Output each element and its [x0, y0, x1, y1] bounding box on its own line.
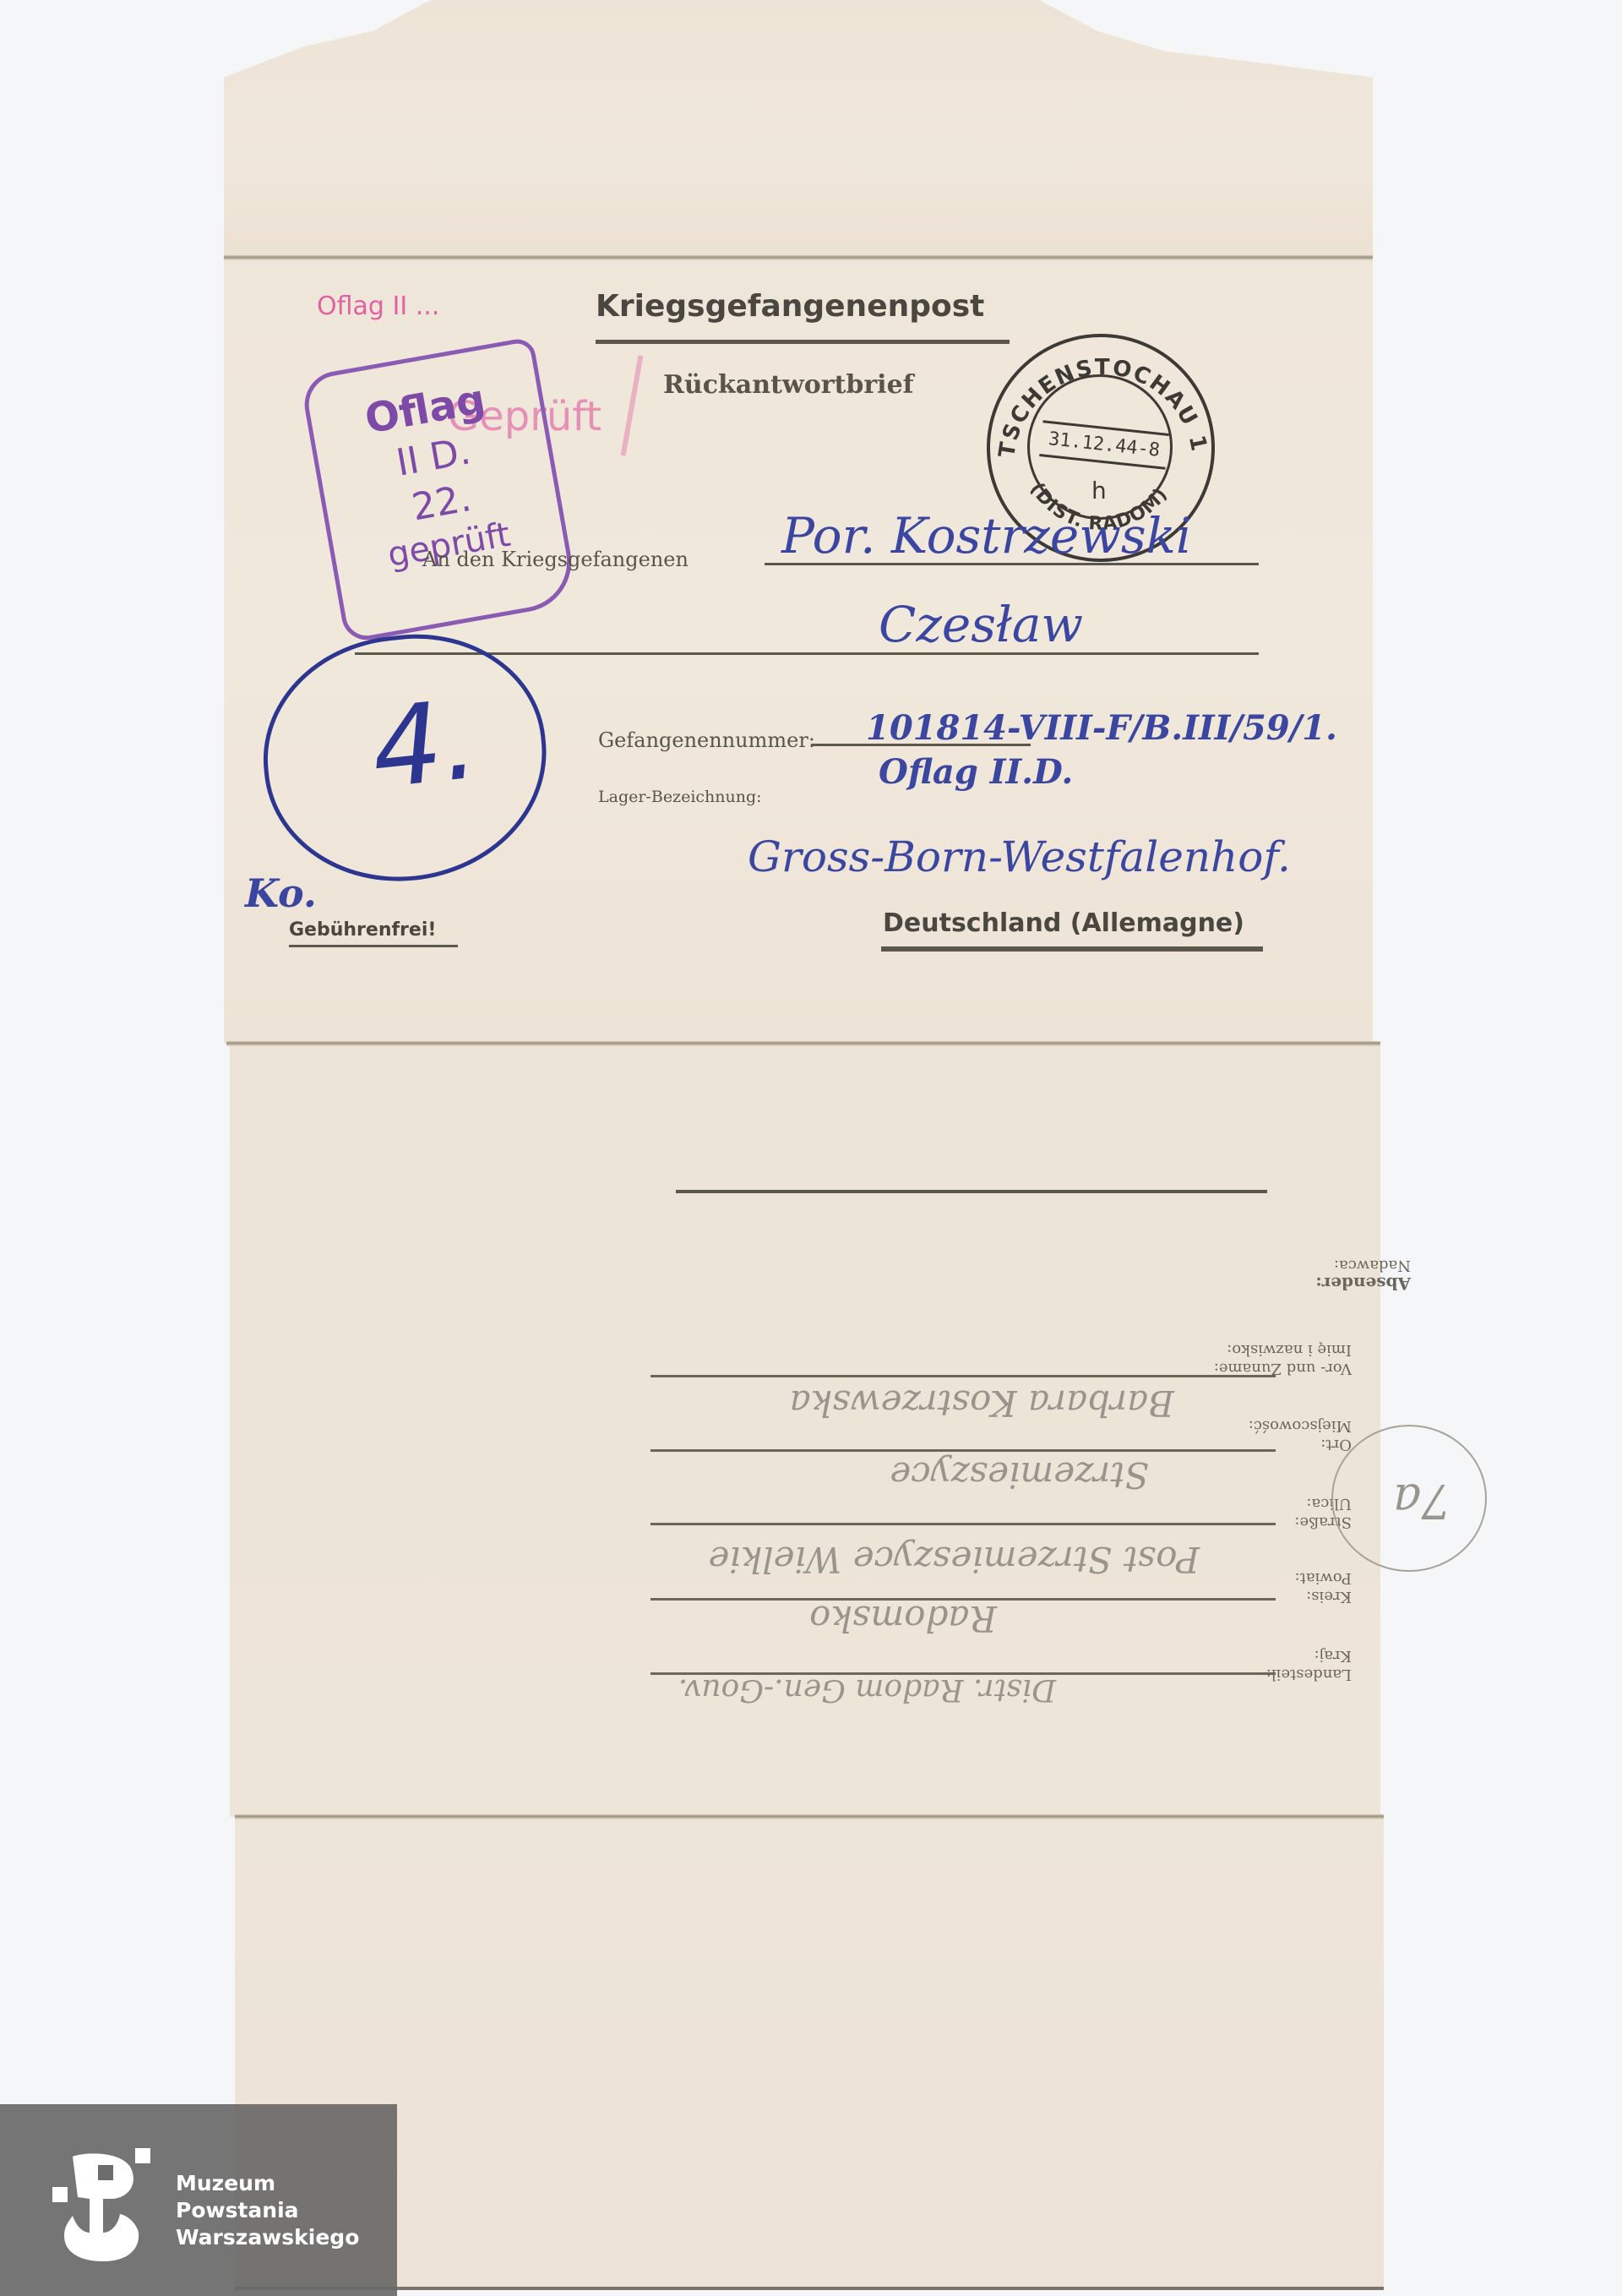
- museum-logo: Muzeum Powstania Warszawskiego: [0, 2104, 397, 2296]
- sender-place-label: Ort: Miejscowość:: [1249, 1416, 1352, 1453]
- fold-line: [226, 1041, 1380, 1046]
- camp-label: Lager-Bezeichnung:: [598, 788, 762, 806]
- fold-line: [224, 255, 1373, 260]
- sender-province-value: Distr. Radom Gen.-Gouv.: [678, 1672, 1056, 1707]
- bottom-panel: [235, 1817, 1384, 2290]
- form-title: Kriegsgefangenenpost: [596, 289, 984, 324]
- sender-street-value: Post Strzemieszyce Wielkie: [709, 1539, 1200, 1580]
- bottom-edge: [235, 2287, 1384, 2290]
- sender-form-upside-down: Absender: Nadawca: Vor- und Zuname: Imię…: [380, 1048, 1394, 1622]
- title-underline: [596, 340, 1010, 344]
- sender-place-value: Strzemieszyce: [890, 1454, 1149, 1496]
- sender-street-line: [650, 1523, 1276, 1525]
- fee-underline: [289, 945, 458, 947]
- circled-note-text: 7a: [1393, 1473, 1451, 1528]
- flap-edge-line: [676, 1190, 1267, 1193]
- sender-district-label: Kreis: Powiat:: [1295, 1568, 1352, 1606]
- prisoner-number-value: 101814-VIII-F/B.III/59/1.: [866, 708, 1337, 748]
- censor-stamp-violet: Oflag II D. 22. geprüft: [299, 336, 579, 644]
- country-label: Deutschland (Allemagne): [883, 908, 1244, 938]
- fee-note: Gebührenfrei!: [289, 919, 436, 941]
- sender-place-line: [650, 1449, 1276, 1452]
- camp-value-2: Gross-Born-Westfalenhof.: [748, 832, 1291, 881]
- form-subtitle: Rückantwortbrief: [663, 370, 914, 400]
- postmark-letter: h: [1091, 477, 1107, 504]
- camp-value-1: Oflag II.D.: [879, 752, 1073, 792]
- sender-name-value: Barbara Kostrzewska: [790, 1383, 1174, 1424]
- sender-province-label: Landesteil: Kraj:: [1266, 1646, 1352, 1683]
- recipient-label: An den Kriegsgefangenen: [422, 548, 689, 571]
- recipient-first-name: Czesław: [879, 596, 1083, 653]
- circled-number-text: 4.: [366, 674, 483, 813]
- recipient-name: Por. Kostrzewski: [781, 507, 1191, 564]
- circled-note: 7a: [1331, 1425, 1487, 1572]
- country-underline: [881, 946, 1263, 952]
- fold-line: [235, 1814, 1384, 1819]
- museum-name-line: Muzeum: [176, 2170, 359, 2197]
- sender-name-line: [650, 1375, 1276, 1377]
- initials: Ko.: [245, 870, 317, 916]
- museum-name-line: Warszawskiego: [176, 2224, 359, 2251]
- top-flap: [224, 0, 1373, 258]
- museum-name: Muzeum Powstania Warszawskiego: [176, 2170, 359, 2251]
- sender-name-label: Vor- und Zuname: Imię i nazwisko:: [1214, 1340, 1352, 1377]
- sender-district-value: Radomsko: [809, 1598, 997, 1639]
- prisoner-number-label: Gefangenennummer:: [598, 728, 815, 752]
- sender-heading: Absender: Nadawca:: [1315, 1256, 1411, 1293]
- kotwica-anchor-icon: [52, 2148, 152, 2262]
- censor-stamp-red-top: Oflag II ...: [317, 292, 439, 321]
- museum-name-line: Powstania: [176, 2197, 359, 2224]
